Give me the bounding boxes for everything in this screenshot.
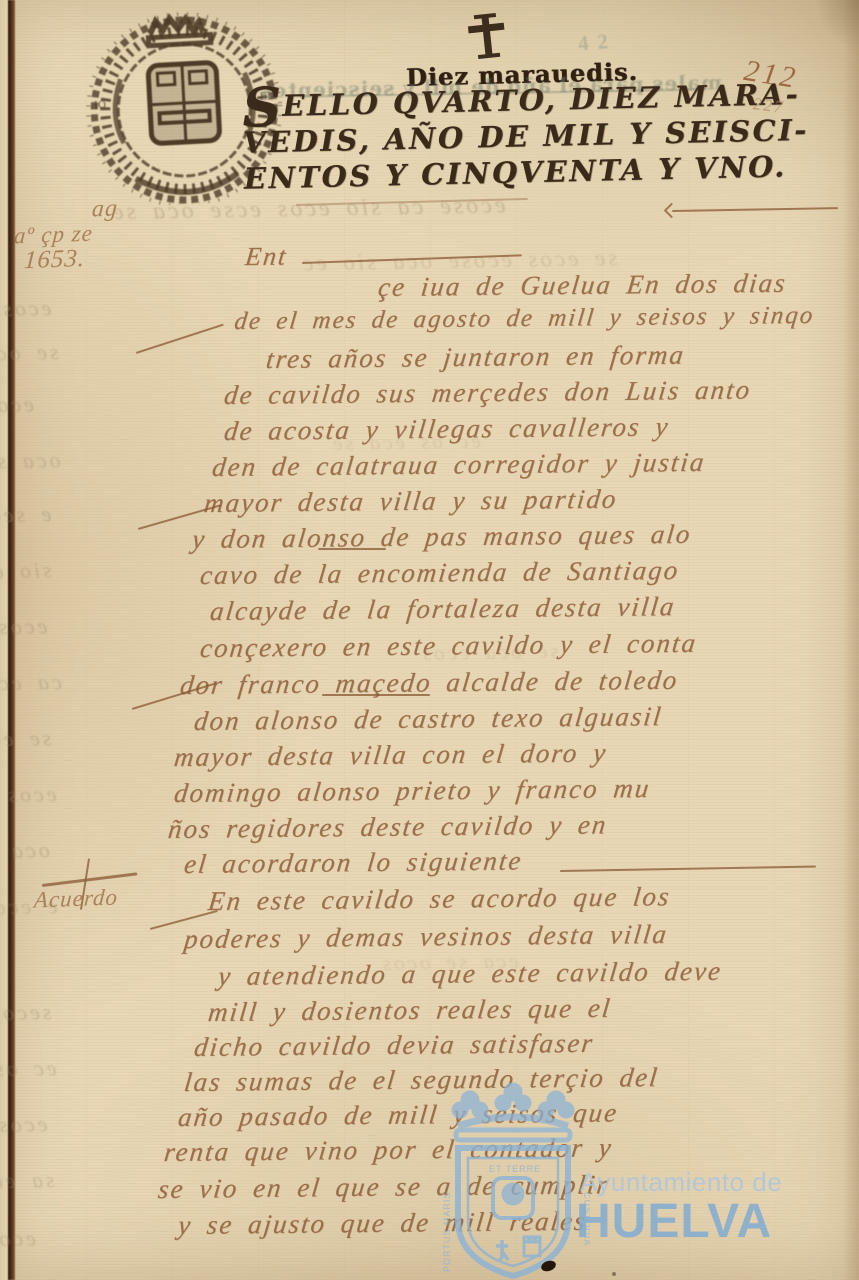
bleedthrough-line: ec osa: [0, 1055, 57, 1082]
svg-text:IO: IO: [94, 100, 107, 112]
manuscript-line: de el mes de agosto de mill y seisos y s…: [233, 302, 816, 336]
manuscript-page: IOED Diez marauedis. males para el año d…: [0, 0, 859, 1280]
corner-curl-shadow: [813, 0, 859, 52]
manuscript-line: y don alonso de pas manso ques alo: [191, 519, 694, 555]
bleedthrough-line: oca se: [0, 447, 61, 474]
watermark-shield-left-text: PORTUS MARIS: [442, 1192, 452, 1272]
bleedthrough-line: ecose ca sio ecos ecse oca se: [110, 193, 506, 227]
manuscript-line: Ent: [244, 242, 289, 272]
margin-note: Acuerdo: [33, 884, 119, 913]
manuscript-line: cavo de la encomienda de Santiago: [199, 555, 682, 591]
manuscript-line: alcayde de la fortaleza desta villa: [209, 591, 678, 627]
page-right-shade: [843, 0, 859, 1280]
bleedthrough-line: se eco: [0, 725, 52, 752]
manuscript-line: conçexero en este cavildo y el conta: [199, 628, 699, 664]
bleedthrough-line: ecos a: [0, 781, 57, 808]
manuscript-line: mayor desta villa y su partido: [203, 484, 620, 519]
bleedthrough-line: ecos e: [0, 613, 48, 640]
manuscript-line: de cavildo sus merçedes don Luis anto: [223, 374, 753, 411]
bleedthrough-line: oca ec: [0, 837, 50, 864]
faint-corner-number: 42: [577, 28, 618, 56]
manuscript-line: tres años se juntaron en forma: [265, 340, 687, 375]
manuscript-line: don alonso de castro texo alguasil: [193, 701, 665, 737]
watermark-shield-top-text: ET TERRE: [489, 1164, 541, 1174]
bleedthrough-line: ecos e: [0, 1111, 48, 1138]
watermark-city-text: HUELVA: [576, 1194, 772, 1249]
tax-stamp-heading: SELLO QVARTO, DIEZ MARA- VEDIS, AÑO DE M…: [242, 78, 744, 195]
manuscript-line: domingo alonso prieto y franco mu: [173, 773, 653, 809]
bleedthrough-line: seco e: [0, 999, 52, 1026]
line-filler-stroke: [560, 866, 816, 872]
printed-cross-icon: [462, 10, 513, 63]
manuscript-line: den de calatraua corregidor y justia: [211, 447, 708, 483]
huelva-archive-watermark-shield-icon: ET TERRE PORTUS MARIS CUSTODIA: [436, 1082, 590, 1280]
bleedthrough-line: e seco: [0, 501, 52, 528]
manuscript-line: ños regidores deste cavildo y en: [167, 809, 610, 845]
binding-gutter-line: [8, 0, 15, 1280]
bleedthrough-line: sa eco: [0, 1167, 55, 1194]
manuscript-line: dor franco maçedo alcalde de toledo: [179, 665, 681, 701]
pen-stroke: [672, 207, 838, 212]
margin-slash-stroke: [136, 324, 224, 354]
pen-stroke-arrowhead: [664, 203, 680, 219]
margin-note: ag: [91, 196, 119, 224]
margin-note: 1653.: [23, 245, 86, 275]
bleedthrough-line: ecose: [0, 1225, 36, 1252]
manuscript-line: poderes y demas vesinos desta villa: [183, 919, 670, 955]
bleedthrough-line: ecos e: [0, 295, 52, 322]
bleedthrough-line: ca eco: [0, 669, 62, 696]
manuscript-line: y atendiendo a que este cavildo deve: [217, 956, 724, 992]
folio-number-secondary: 227: [752, 94, 786, 118]
bleedthrough-line: ecose: [0, 391, 34, 418]
manuscript-line: En este cavildo se acordo que los: [207, 881, 673, 917]
manuscript-line: de acosta y villegas cavalleros y: [223, 411, 672, 447]
manuscript-line: çe iua de Guelua En dos dias: [377, 268, 789, 303]
manuscript-line: el acordaron lo siguiente: [183, 845, 525, 880]
bleedthrough-line: sio ec: [0, 557, 52, 584]
ink-speck: [612, 1272, 616, 1276]
manuscript-line: mayor desta villa con el doro y: [173, 737, 609, 773]
manuscript-line: dicho cavildo devia satisfaser: [193, 1028, 596, 1063]
bleedthrough-line: se oca: [0, 339, 59, 366]
manuscript-line: mill y dosientos reales que el: [207, 993, 614, 1028]
